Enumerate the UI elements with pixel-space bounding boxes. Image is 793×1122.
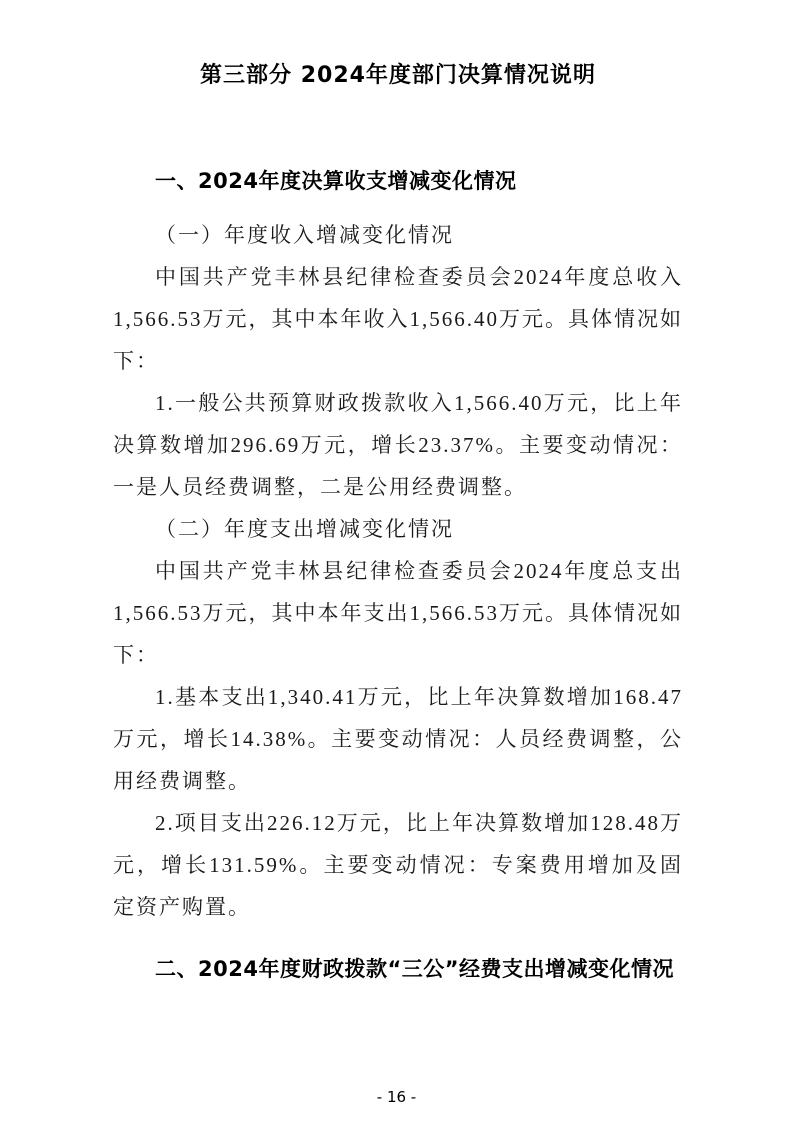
paragraph-total-income: 中国共产党丰林县纪律检查委员会2024年度总收入1,566.53万元，其中本年收… [113, 256, 683, 382]
subsection-heading-expense-changes: （二）年度支出增减变化情况 [113, 508, 683, 550]
section-heading-three-public-funds: 二、2024年度财政拨款“三公”经费支出增减变化情况 [113, 948, 683, 990]
document-title: 第三部分 2024年度部门决算情况说明 [113, 60, 683, 92]
document-body: 一、2024年度决算收支增减变化情况 （一）年度收入增减变化情况 中国共产党丰林… [113, 160, 683, 990]
document-page: 第三部分 2024年度部门决算情况说明 一、2024年度决算收支增减变化情况 （… [0, 0, 793, 1122]
page-number: - 16 - [0, 1088, 793, 1106]
paragraph-total-expense: 中国共产党丰林县纪律检查委员会2024年度总支出1,566.53万元，其中本年支… [113, 550, 683, 676]
paragraph-project-expense: 2.项目支出226.12万元，比上年决算数增加128.48万元，增长131.59… [113, 802, 683, 928]
paragraph-general-budget-income: 1.一般公共预算财政拨款收入1,566.40万元，比上年决算数增加296.69万… [113, 382, 683, 508]
section-heading-income-expense-changes: 一、2024年度决算收支增减变化情况 [113, 160, 683, 202]
subsection-heading-income-changes: （一）年度收入增减变化情况 [113, 214, 683, 256]
paragraph-basic-expense: 1.基本支出1,340.41万元，比上年决算数增加168.47万元，增长14.3… [113, 676, 683, 802]
